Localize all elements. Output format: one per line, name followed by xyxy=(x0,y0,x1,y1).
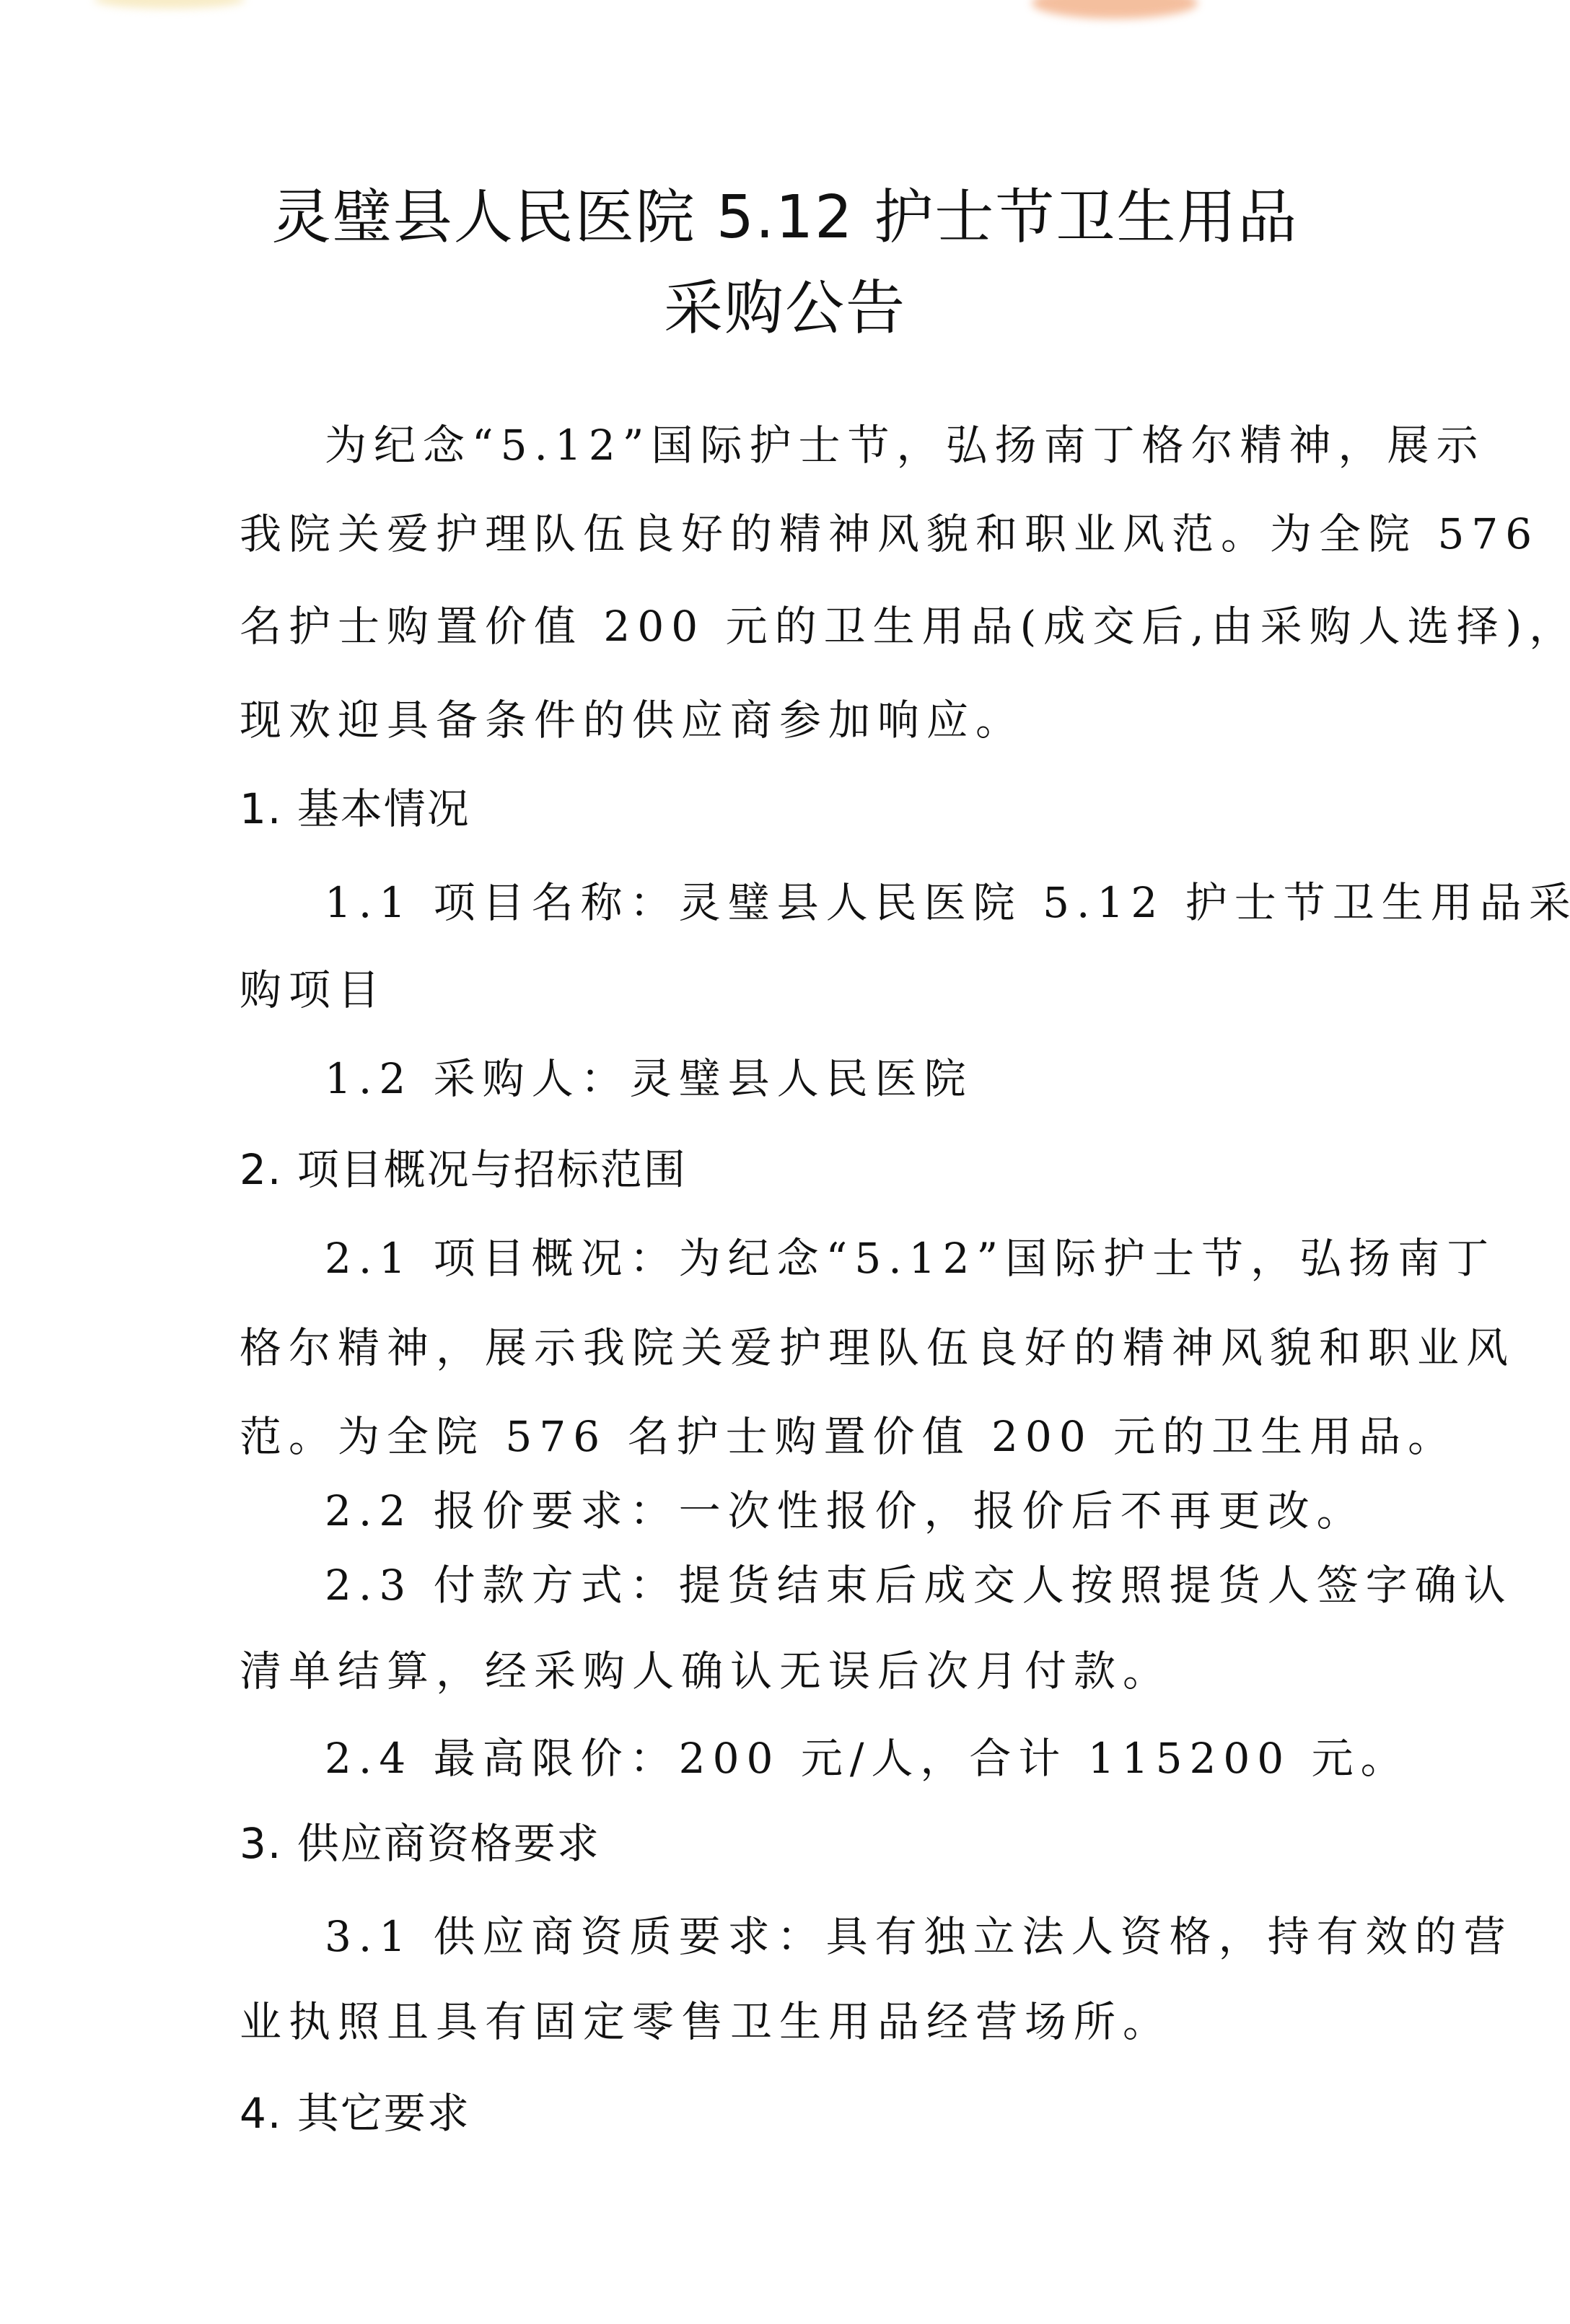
intro-line: 名护士购置价值 200 元的卫生用品(成交后,由采购人选择)， xyxy=(240,605,1369,647)
intro-line: 为纪念“5.12”国际护士节，弘扬南丁格尔精神，展示 xyxy=(325,424,1369,466)
item-line: 1.1 项目名称：灵璧县人民医院 5.12 护士节卫生用品采 xyxy=(325,882,1369,924)
scan-smudge-yellow xyxy=(94,0,245,9)
item-line: 购项目 xyxy=(240,969,387,1011)
section-heading: 1. 基本情况 xyxy=(240,788,470,830)
page-title-line-2: 采购公告 xyxy=(0,279,1570,338)
item-line: 2.1 项目概况：为纪念“5.12”国际护士节，弘扬南丁 xyxy=(325,1237,1369,1279)
intro-line: 现欢迎具备条件的供应商参加响应。 xyxy=(240,699,1025,741)
item-line: 2.3 付款方式：提货结束后成交人按照提货人签字确认 xyxy=(325,1564,1369,1606)
item-line: 清单结算，经采购人确认无误后次月付款。 xyxy=(240,1650,1172,1692)
section-heading: 2. 项目概况与招标范围 xyxy=(240,1149,687,1190)
item-line: 1.2 采购人：灵璧县人民医院 xyxy=(325,1058,973,1100)
item-line: 2.4 最高限价：200 元/人，合计 115200 元。 xyxy=(325,1737,1410,1779)
intro-line: 我院关爱护理队伍良好的精神风貌和职业风范。为全院 576 xyxy=(240,513,1369,555)
scan-smudge-orange xyxy=(1032,0,1198,19)
item-line: 3.1 供应商资质要求：具有独立法人资格，持有效的营 xyxy=(325,1916,1369,1957)
item-line: 范。为全院 576 名护士购置价值 200 元的卫生用品。 xyxy=(240,1416,1457,1457)
item-line: 业执照且具有固定零售卫生用品经营场所。 xyxy=(240,2001,1172,2043)
section-heading: 4. 其它要求 xyxy=(240,2092,470,2134)
item-line: 格尔精神，展示我院关爱护理队伍良好的精神风貌和职业风 xyxy=(240,1327,1369,1369)
page-title-line-1: 灵璧县人民医院 5.12 护士节卫生用品 xyxy=(0,188,1570,247)
section-heading: 3. 供应商资格要求 xyxy=(240,1823,600,1864)
item-line: 2.2 报价要求：一次性报价，报价后不再更改。 xyxy=(325,1490,1366,1532)
